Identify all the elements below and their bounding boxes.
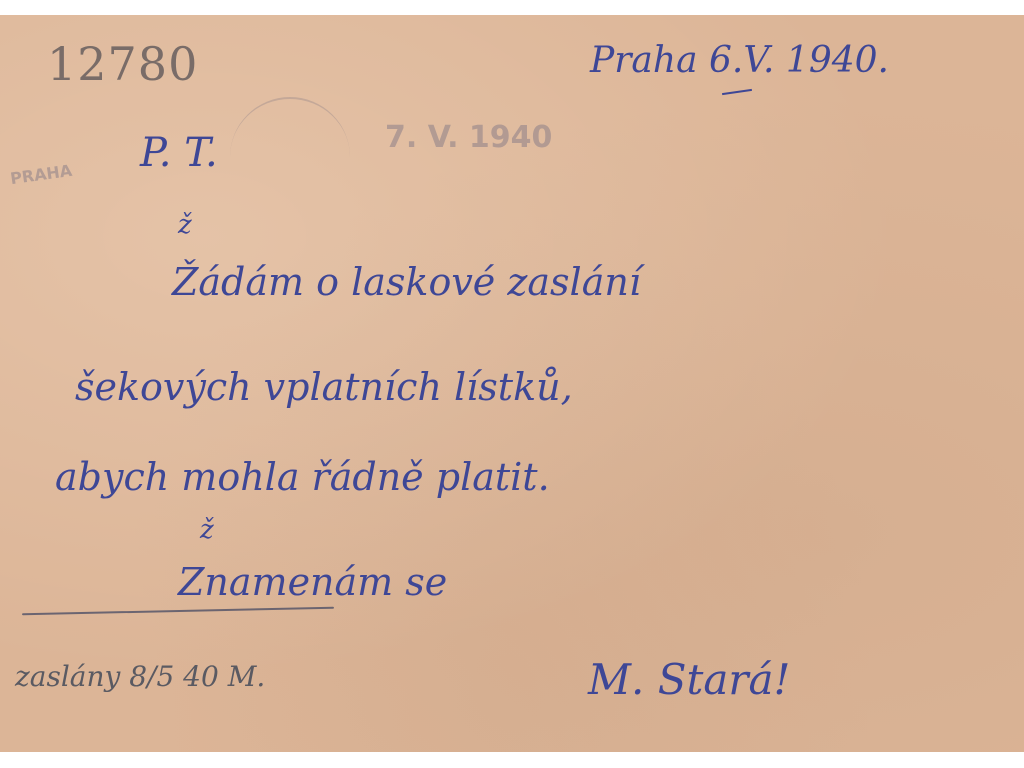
registry-number-stamp: 12780 [47, 37, 198, 91]
place-date-line: Praha 6.V. 1940. [590, 40, 889, 81]
body-line-3: abych mohla řádně platit. [55, 455, 550, 499]
body-line-1: Žádám o laskové zaslání [172, 260, 641, 304]
postcard: 12780 7. V. 1940 PRAHA Praha 6.V. 1940. … [0, 15, 1024, 752]
postmark-date-stamp: 7. V. 1940 [385, 120, 552, 155]
postmark-circle [230, 97, 350, 159]
closing-diacritic: ž [200, 515, 214, 545]
signature: M. Stará! [588, 655, 790, 704]
line1-diacritic: ž [178, 210, 192, 240]
salutation: P. T. [140, 130, 218, 176]
pencil-annotation: zaslány 8/5 40 M. [15, 660, 265, 693]
postmark-fragment: PRAHA [9, 161, 73, 188]
date-underline [722, 89, 752, 95]
pencil-underline [22, 607, 334, 616]
body-line-2: šekových vplatních lístků, [75, 365, 573, 409]
closing-line: Znamenám se [178, 560, 447, 604]
